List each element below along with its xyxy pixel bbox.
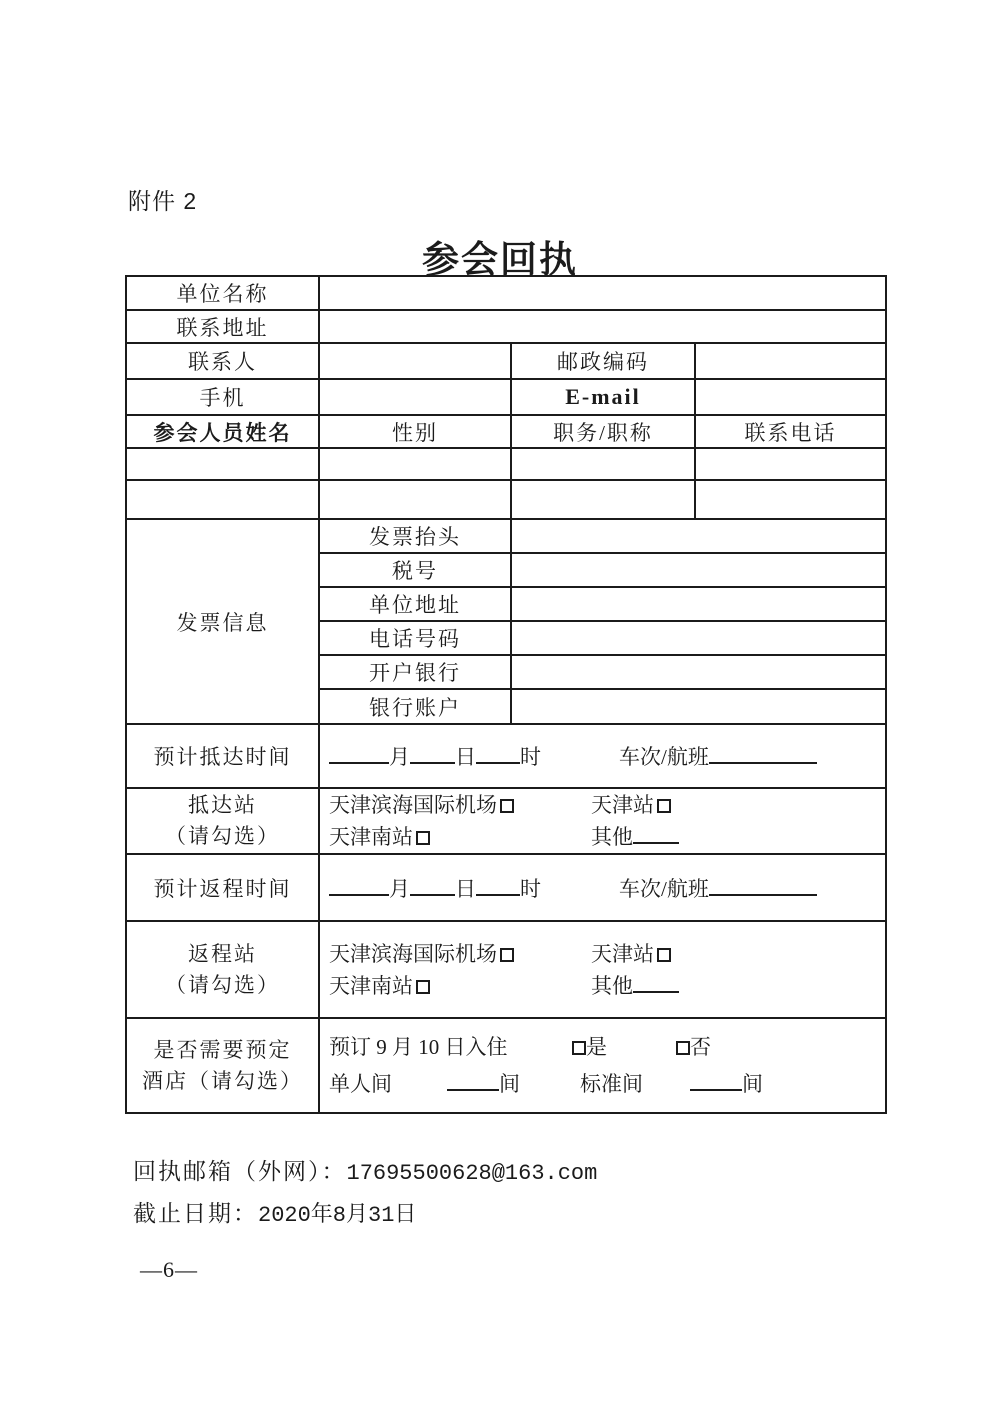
postal-code-value-cell [695, 343, 886, 379]
return-station-label-line2: （请勾选） [127, 970, 318, 1001]
arrival-station-options-cell: 天津滨海国际机场天津站 天津南站其他 [319, 788, 886, 854]
attendee-row1-name-cell [126, 448, 319, 480]
arrival-station-options-line1: 天津滨海国际机场天津站 [329, 789, 885, 821]
attendee-row1-phone-cell [695, 448, 886, 480]
room-unit-label: 间 [499, 1072, 520, 1096]
hotel-no-option: 否 [673, 1035, 711, 1059]
checkbox-icon [500, 799, 514, 813]
return-station-options-line2: 天津南站其他 [329, 970, 885, 1002]
attendee-phone-header: 联系电话 [695, 415, 886, 448]
blank-underline [410, 742, 455, 764]
invoice-title-value-cell [511, 519, 886, 553]
bank-account-label: 银行账户 [319, 689, 511, 724]
return-option-other: 其他 [591, 974, 679, 998]
deadline-line: 截止日期：2020年8月31日 [133, 1195, 597, 1228]
arrival-station-options-line2: 天津南站其他 [329, 821, 885, 853]
blank-underline [690, 1068, 742, 1090]
deadline-label: 截止日期： [133, 1201, 258, 1226]
arrival-option-other: 其他 [591, 825, 679, 849]
page-number: —6— [140, 1257, 198, 1283]
arrival-option-airport: 天津滨海国际机场 [329, 789, 591, 821]
day-label: 日 [455, 877, 476, 901]
hour-label: 时 [520, 877, 541, 901]
checkbox-icon [657, 948, 671, 962]
attachment-label: 附件 2 [128, 183, 197, 216]
return-time-value-cell: 月日时车次/航班 [319, 854, 886, 921]
arrival-station-label: 抵达站 （请勾选） [126, 788, 319, 854]
hotel-label-line1: 是否需要预定 [127, 1035, 318, 1066]
contact-address-value-cell [319, 310, 886, 343]
blank-underline [476, 742, 520, 764]
deadline-date: 2020年8月31日 [258, 1203, 416, 1228]
arrival-option-tianjin-south: 天津南站 [329, 821, 591, 853]
attendee-gender-header: 性别 [319, 415, 511, 448]
return-time-label: 预计返程时间 [126, 854, 319, 921]
reply-email-address: 17695500628@163.com [347, 1161, 598, 1186]
blank-underline [447, 1068, 499, 1090]
room-unit-label: 间 [742, 1072, 763, 1096]
hotel-booking-text: 预订 9 月 10 日入住 [329, 1029, 569, 1066]
checkbox-icon [676, 1041, 690, 1055]
mobile-value-cell [319, 379, 511, 415]
invoice-title-label: 发票抬头 [319, 519, 511, 553]
return-option-airport: 天津滨海国际机场 [329, 938, 591, 970]
postal-code-label: 邮政编码 [511, 343, 695, 379]
invoice-group-label: 发票信息 [126, 519, 319, 724]
blank-underline [633, 970, 679, 992]
return-station-options-cell: 天津滨海国际机场天津站 天津南站其他 [319, 921, 886, 1018]
return-station-label-line1: 返程站 [127, 939, 318, 970]
unit-name-label: 单位名称 [126, 276, 319, 310]
train-flight-label: 车次/航班 [619, 745, 709, 769]
hotel-rooms-line: 单人间间标准间间 [329, 1066, 885, 1103]
blank-underline [709, 873, 817, 895]
footer-notes: 回执邮箱（外网）：17695500628@163.com 截止日期：2020年8… [133, 1153, 597, 1237]
invoice-phone-label: 电话号码 [319, 621, 511, 655]
attendee-name-header: 参会人员姓名 [126, 415, 319, 448]
tax-no-label: 税号 [319, 553, 511, 587]
arrival-option-tianjin-station: 天津站 [591, 793, 671, 817]
attendee-row2-position-cell [511, 480, 695, 519]
invoice-unit-address-label: 单位地址 [319, 587, 511, 621]
hotel-label-line2: 酒店（请勾选） [127, 1066, 318, 1097]
reply-email-label: 回执邮箱（外网）： [133, 1159, 347, 1184]
train-flight-label: 车次/航班 [619, 877, 709, 901]
return-station-options-line1: 天津滨海国际机场天津站 [329, 938, 885, 970]
blank-underline [633, 822, 679, 844]
checkbox-icon [572, 1041, 586, 1055]
return-station-label: 返程站 （请勾选） [126, 921, 319, 1018]
arrival-station-label-line1: 抵达站 [127, 790, 318, 821]
bank-value-cell [511, 655, 886, 689]
email-label: E-mail [511, 379, 695, 415]
return-option-tianjin-south: 天津南站 [329, 970, 591, 1002]
attendee-row2-phone-cell [695, 480, 886, 519]
contact-person-value-cell [319, 343, 511, 379]
hour-label: 时 [520, 745, 541, 769]
reply-form-table: 单位名称 联系地址 联系人 邮政编码 手机 E-mail 参会人员姓名 性别 职… [125, 275, 887, 1114]
tax-no-value-cell [511, 553, 886, 587]
blank-underline [709, 742, 817, 764]
hotel-label: 是否需要预定 酒店（请勾选） [126, 1018, 319, 1113]
checkbox-icon [416, 831, 430, 845]
invoice-phone-value-cell [511, 621, 886, 655]
single-room-label: 单人间 [329, 1066, 447, 1103]
month-label: 月 [389, 877, 410, 901]
email-value-cell [695, 379, 886, 415]
hotel-yes-option: 是 [569, 1035, 607, 1059]
attendee-row1-position-cell [511, 448, 695, 480]
blank-underline [476, 873, 520, 895]
checkbox-icon [500, 948, 514, 962]
blank-underline [410, 873, 455, 895]
return-option-tianjin-station: 天津站 [591, 942, 671, 966]
attendee-row1-gender-cell [319, 448, 511, 480]
arrival-time-label: 预计抵达时间 [126, 724, 319, 788]
attendee-position-header: 职务/职称 [511, 415, 695, 448]
hotel-booking-line: 预订 9 月 10 日入住是否 [329, 1029, 885, 1066]
contact-person-label: 联系人 [126, 343, 319, 379]
bank-label: 开户银行 [319, 655, 511, 689]
blank-underline [329, 742, 389, 764]
contact-address-label: 联系地址 [126, 310, 319, 343]
blank-underline [329, 873, 389, 895]
attendee-row2-name-cell [126, 480, 319, 519]
checkbox-icon [416, 980, 430, 994]
hotel-options-cell: 预订 9 月 10 日入住是否 单人间间标准间间 [319, 1018, 886, 1113]
attendee-row2-gender-cell [319, 480, 511, 519]
unit-name-value-cell [319, 276, 886, 310]
reply-email-line: 回执邮箱（外网）：17695500628@163.com [133, 1153, 597, 1186]
day-label: 日 [455, 745, 476, 769]
arrival-station-label-line2: （请勾选） [127, 821, 318, 852]
invoice-unit-address-value-cell [511, 587, 886, 621]
checkbox-icon [657, 799, 671, 813]
arrival-time-value-cell: 月日时车次/航班 [319, 724, 886, 788]
bank-account-value-cell [511, 689, 886, 724]
standard-room-label: 标准间 [580, 1072, 643, 1096]
month-label: 月 [389, 745, 410, 769]
mobile-label: 手机 [126, 379, 319, 415]
